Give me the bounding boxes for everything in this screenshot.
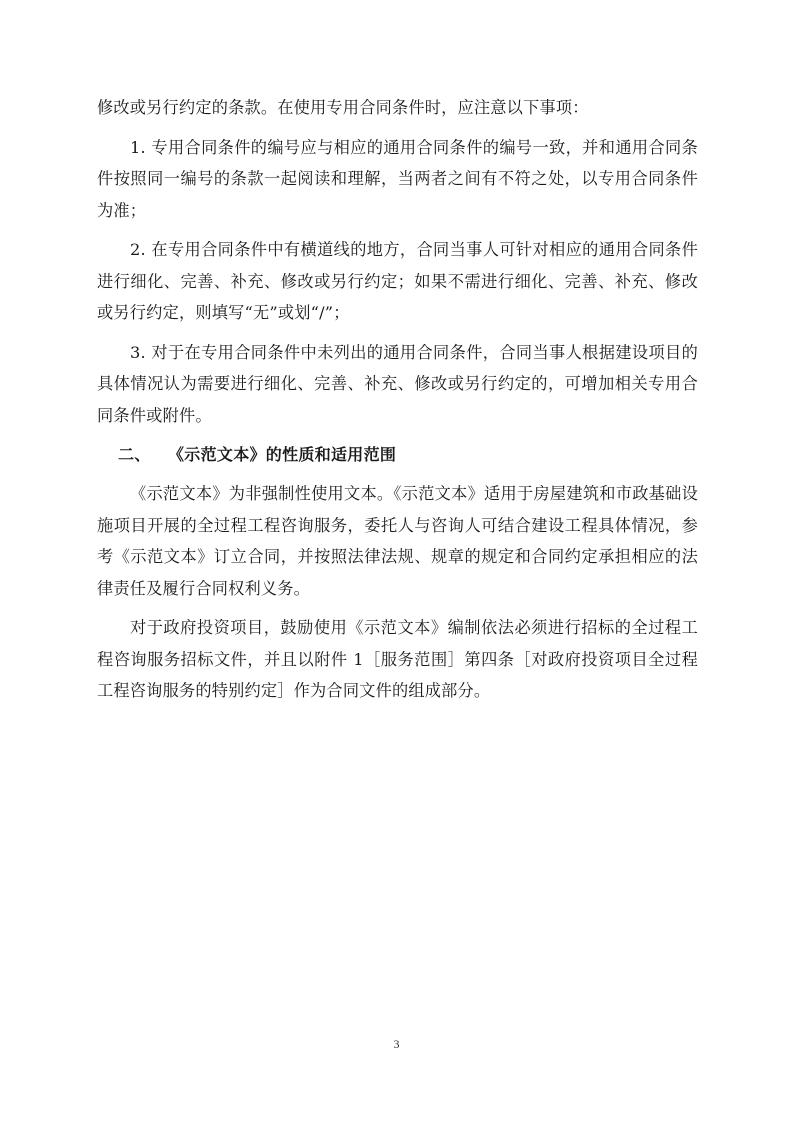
text-line: 照同一编号的条款一起阅读和理解，当两者之间有不符之处，以专用合同条件为准； xyxy=(97,169,698,220)
paragraph-item-3: 3. 对于在专用合同条件中未列出的通用合同条件，合同当事人根据建设项目的具体情况… xyxy=(97,337,698,432)
text-line: 修改或另行约定的条款。在使用专用合同条件时，应注意以下事项： xyxy=(97,92,698,124)
text-line: 服务的特别约定］作为合同文件的组成部分。 xyxy=(163,681,491,700)
page-number: 3 xyxy=(0,1037,793,1052)
text-line: 附件。 xyxy=(163,406,212,425)
paragraph-nature: 《示范文本》为非强制性使用文本。《示范文本》适用于房屋建筑和市政基础设施项目开展… xyxy=(97,478,698,604)
section-title: 《示范文本》的性质和适用范围 xyxy=(168,445,396,464)
paragraph-intro: 修改或另行约定的条款。在使用专用合同条件时，应注意以下事项： xyxy=(97,92,698,124)
paragraph-item-1: 1. 专用合同条件的编号应与相应的通用合同条件的编号一致，并和通用合同条件按照同… xyxy=(97,132,698,227)
section-number: 二、 xyxy=(118,439,168,470)
text-line: 行合同权利义务。 xyxy=(179,579,310,598)
paragraph-government-projects: 对于政府投资项目，鼓励使用《示范文本》编制依法必须进行招标的全过程工程咨询服务招… xyxy=(97,612,698,707)
paragraph-item-2: 2. 在专用合同条件中有横道线的地方，合同当事人可针对相应的通用合同条件进行细化… xyxy=(97,234,698,329)
document-page: 修改或另行约定的条款。在使用专用合同条件时，应注意以下事项： 1. 专用合同条件… xyxy=(97,92,698,715)
section-heading: 二、《示范文本》的性质和适用范围 xyxy=(97,439,698,470)
text-line: 定，则填写“无”或划“/”； xyxy=(163,303,350,322)
